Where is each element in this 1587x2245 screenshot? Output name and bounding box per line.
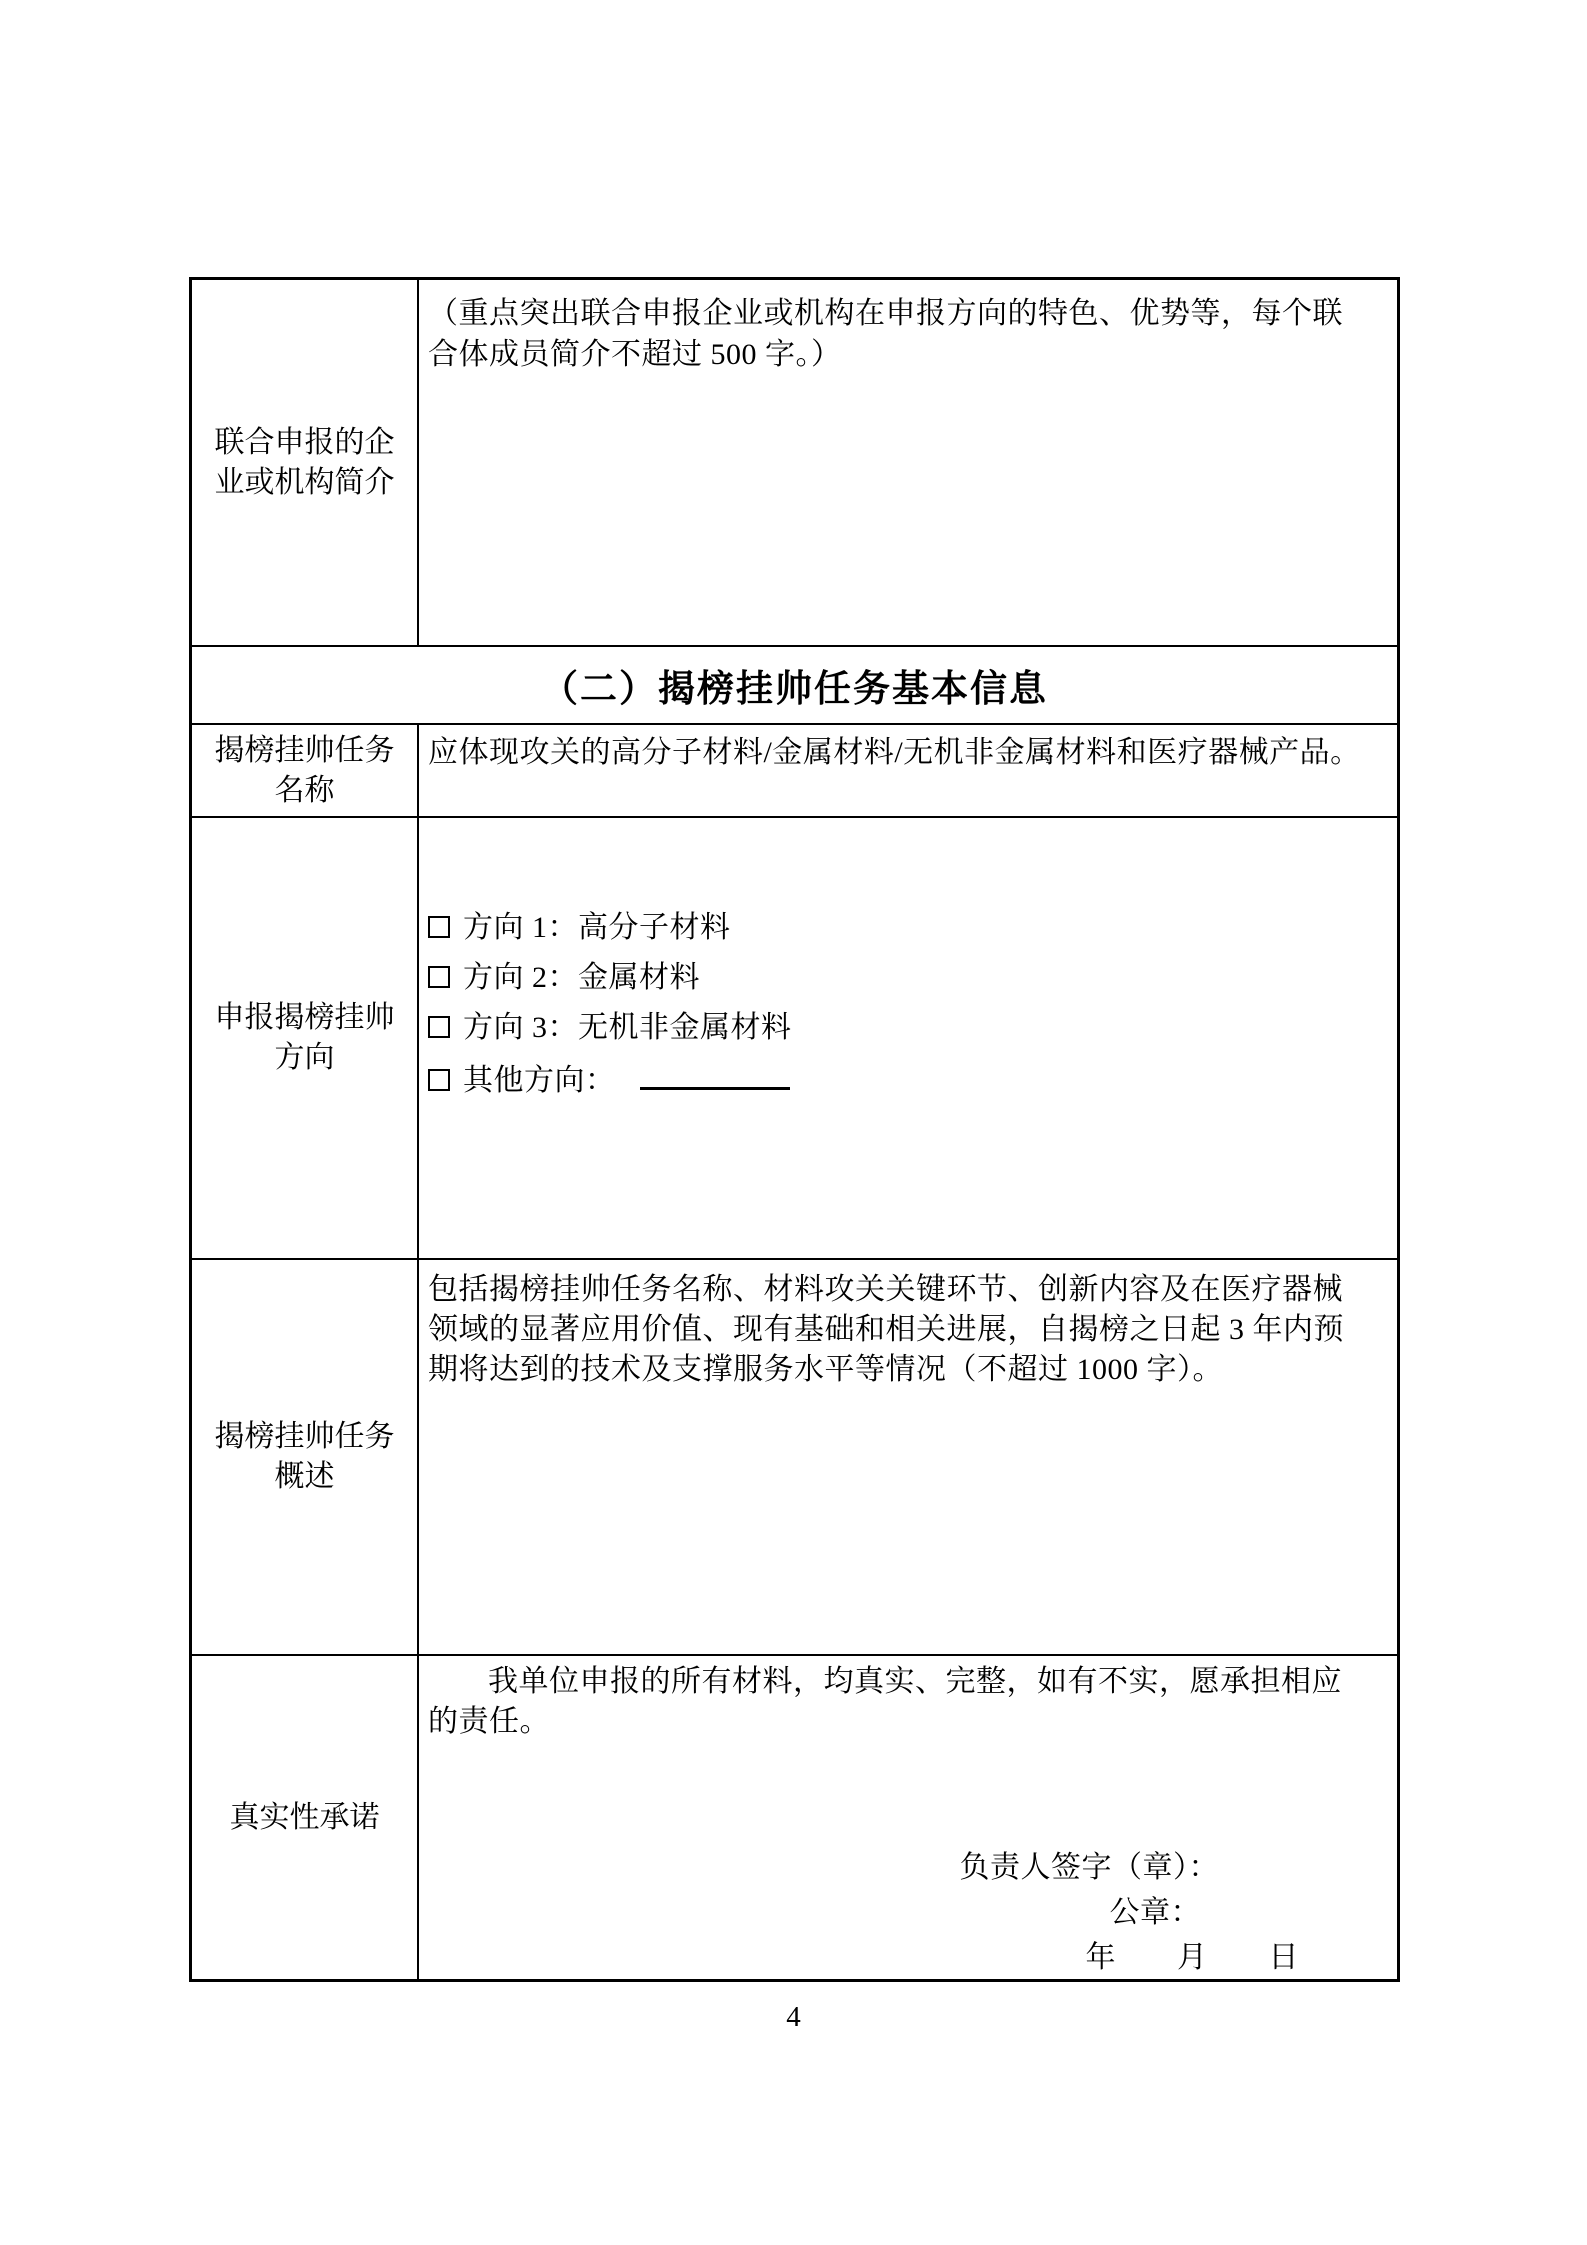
row-label-text: 真实性承诺 — [230, 1798, 380, 1838]
row-label-text: 揭榜挂帅任务名称 — [206, 731, 403, 811]
section-header-task-basic-info: （二）揭榜挂帅任务基本信息 — [192, 645, 1397, 723]
row-label-joint-applicants-intro: 联合申报的企业或机构简介 — [192, 280, 419, 645]
document-page: 联合申报的企业或机构简介 （重点突出联合申报企业或机构在申报方向的特色、优势等，… — [0, 0, 1587, 2245]
task-name-instruction-text: 应体现攻关的高分子材料/金属材料/无机非金属材料和医疗器械产品。 — [428, 736, 1361, 769]
checkbox-direction-3[interactable] — [428, 1016, 450, 1038]
row-label-text: 联合申报的企业或机构简介 — [206, 423, 403, 503]
option-line-direction-3: 方向 3：无机非金属材料 — [428, 1003, 1369, 1053]
checkbox-other-direction[interactable] — [428, 1069, 450, 1091]
checkbox-direction-1[interactable] — [428, 916, 450, 938]
row-label-task-overview: 揭榜挂帅任务概述 — [192, 1258, 419, 1654]
section-header-text: （二）揭榜挂帅任务基本信息 — [541, 658, 1048, 712]
signature-line-official-seal: 公章： — [428, 1890, 1397, 1935]
option-line-direction-1: 方向 1：高分子材料 — [428, 903, 1369, 953]
row-label-authenticity-pledge: 真实性承诺 — [192, 1654, 419, 1979]
row-label-text: 揭榜挂帅任务概述 — [206, 1417, 403, 1497]
row-label-text: 申报揭榜挂帅方向 — [206, 998, 403, 1078]
cell-authenticity-pledge: 我单位申报的所有材料，均真实、完整，如有不实，愿承担相应的责任。 负责人签字（章… — [419, 1654, 1397, 1979]
signature-line-date: 年 月 日 — [428, 1935, 1397, 1979]
option-line-other-direction: 其他方向： — [428, 1053, 1369, 1106]
pledge-text: 我单位申报的所有材料，均真实、完整，如有不实，愿承担相应的责任。 — [428, 1662, 1369, 1742]
option-line-direction-2: 方向 2：金属材料 — [428, 953, 1369, 1003]
task-overview-instruction-text: 包括揭榜挂帅任务名称、材料攻关关键环节、创新内容及在医疗器械领域的显著应用价值、… — [428, 1273, 1344, 1386]
signature-line-responsible-person: 负责人签字（章）： — [428, 1845, 1397, 1890]
option-label-direction-1: 方向 1：高分子材料 — [463, 911, 731, 944]
cell-task-overview: 包括揭榜挂帅任务名称、材料攻关关键环节、创新内容及在医疗器械领域的显著应用价值、… — [419, 1258, 1397, 1654]
cell-joint-applicants-intro: （重点突出联合申报企业或机构在申报方向的特色、优势等，每个联合体成员简介不超过 … — [419, 280, 1397, 645]
cell-task-name: 应体现攻关的高分子材料/金属材料/无机非金属材料和医疗器械产品。 — [419, 723, 1397, 816]
page-number: 4 — [0, 2001, 1587, 2034]
row-label-application-direction: 申报揭榜挂帅方向 — [192, 816, 419, 1258]
option-label-direction-2: 方向 2：金属材料 — [463, 961, 700, 994]
option-label-other-direction: 其他方向： — [463, 1064, 616, 1097]
cell-application-direction: 方向 1：高分子材料 方向 2：金属材料 方向 3：无机非金属材料 其他方向： — [419, 816, 1397, 1258]
application-form-table: 联合申报的企业或机构简介 （重点突出联合申报企业或机构在申报方向的特色、优势等，… — [189, 277, 1400, 1982]
joint-applicants-instruction-text: （重点突出联合申报企业或机构在申报方向的特色、优势等，每个联合体成员简介不超过 … — [428, 297, 1343, 371]
other-direction-blank-line[interactable] — [640, 1053, 790, 1090]
row-label-task-name: 揭榜挂帅任务名称 — [192, 723, 419, 816]
option-label-direction-3: 方向 3：无机非金属材料 — [463, 1011, 792, 1044]
checkbox-direction-2[interactable] — [428, 966, 450, 988]
